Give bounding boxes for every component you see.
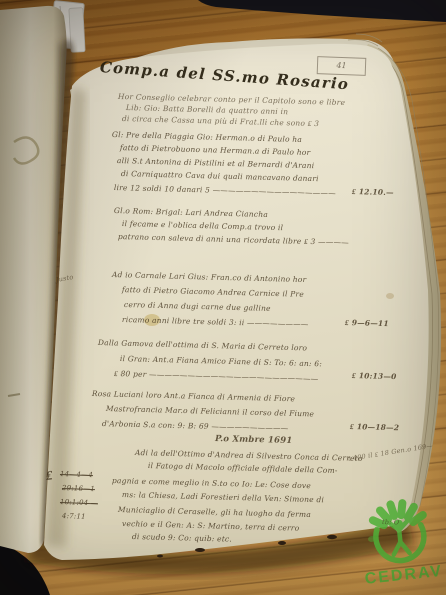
folio-number: 41 — [317, 56, 367, 76]
book-scene: CEDRAV — [0, 0, 446, 595]
dark-object-top — [198, 0, 446, 22]
manuscript-photo: CEDRAV 41 Comp.a del SS.mo Rosario Hor C… — [0, 0, 446, 595]
stain-small — [386, 293, 394, 299]
right-page — [44, 44, 429, 560]
cedrav-stamp-label: CEDRAV — [364, 563, 444, 588]
stain — [144, 314, 160, 326]
